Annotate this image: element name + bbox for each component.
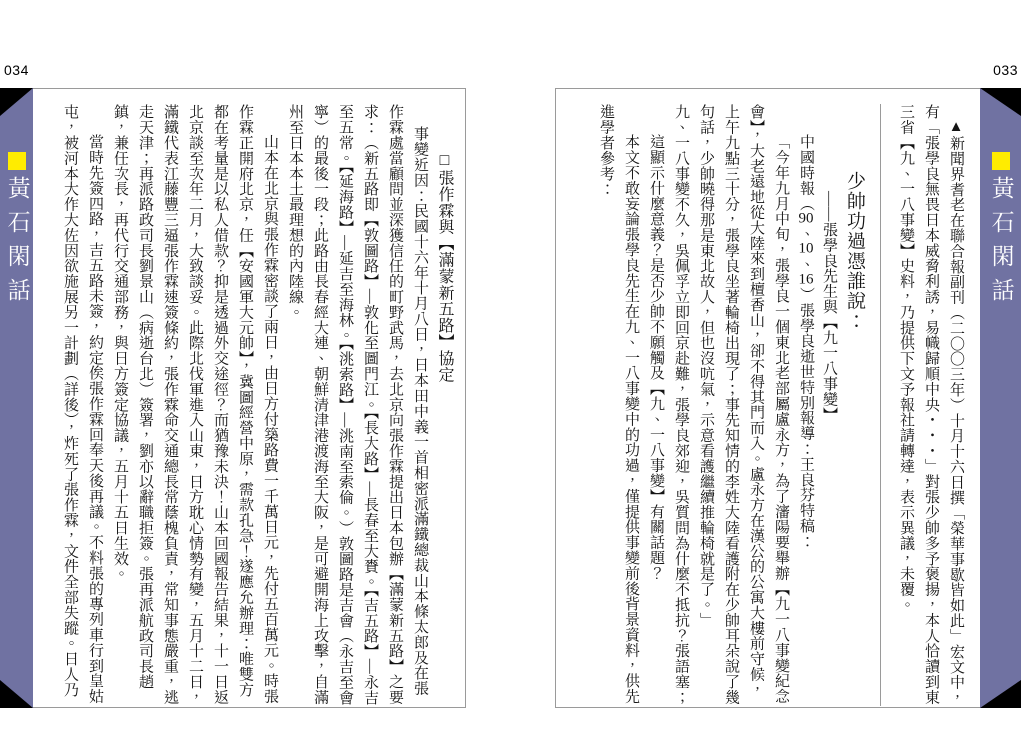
corner-fold-icon <box>980 680 1021 708</box>
intro-paragraph: ▲新聞界耆老在聯合報副刊（二〇〇三年）十月十六日撰「榮華事歇皆如此」宏文中，有「… <box>893 104 968 706</box>
left-page-text: □張作霖與【滿蒙新五路】協定 事變近因：民國十六年十月八日，日本田中義一首相密派… <box>57 104 457 706</box>
paragraph: 這顯示什麼意義？是否少帥不願觸及【九、一八事變】有關話題？ <box>643 104 668 706</box>
article-headline: 少帥功過憑誰說： <box>840 104 868 706</box>
paragraph: 事變近因：民國十六年十月八日，日本田中義一首相密派滿鐵總裁山本條太郎及在張作霖處… <box>282 104 432 706</box>
banner-title: 黃石閑話 <box>988 176 1012 312</box>
paragraph: 當時先簽四路，吉五路未簽，約定俟張作霖回奉天後再議。不料張的專列車行到皇姑屯，被… <box>57 104 107 706</box>
banner-inner: 黃石閑話 <box>980 152 1021 312</box>
corner-fold-icon <box>0 88 33 116</box>
paragraph: 「今年九月中旬，張學良一個東北老部屬盧永方，為了瀋陽要舉辦【九一八事變紀念會】，… <box>693 104 793 706</box>
article-subheadline: ——張學良先生與【九一八事變】 <box>818 104 840 706</box>
banner-inner: 黃石閑話 <box>0 152 33 312</box>
page-number-left: 034 <box>4 62 29 78</box>
yellow-square-icon <box>8 152 26 170</box>
left-page-banner: 黃石閑話 <box>0 88 33 708</box>
paragraph: 山本在北京與張作霖密談了兩日，由日方付築路費一千萬日元，先付五百萬元。時張作霖正… <box>107 104 282 706</box>
right-page-text: ▲新聞界耆老在聯合報副刊（二〇〇三年）十月十六日撰「榮華事歇皆如此」宏文中，有「… <box>566 104 968 706</box>
section-divider <box>880 104 881 706</box>
paragraph: 九、一八事變不久，吳佩孚立即回京赴難，張學良郊迎，吳質問為什麼不抵抗？張語塞； <box>668 104 693 706</box>
page-number-right: 033 <box>993 62 1018 78</box>
yellow-square-icon <box>992 152 1010 170</box>
paragraph: 中國時報（90、10、16）張學良逝世特別報導：王良芬特稿： <box>793 104 818 706</box>
left-page: 黃石閑話 □張作霖與【滿蒙新五路】協定 事變近因：民國十六年十月八日，日本田中義… <box>0 88 466 708</box>
banner-title: 黃石閑話 <box>4 176 28 312</box>
paragraph: 本文不敢妄論張學良先生在九、一八事變中的功過，僅提供事變前後背景資料，供先進學者… <box>593 104 643 706</box>
corner-fold-icon <box>980 88 1021 116</box>
right-page: 黃石閑話 ▲新聞界耆老在聯合報副刊（二〇〇三年）十月十六日撰「榮華事歇皆如此」宏… <box>555 88 1021 708</box>
section-title: □張作霖與【滿蒙新五路】協定 <box>432 104 457 706</box>
right-page-banner: 黃石閑話 <box>980 88 1021 708</box>
corner-fold-icon <box>0 680 33 708</box>
book-spread: { "colors": { "banner_bg": "#7072a2", "b… <box>0 0 1023 741</box>
